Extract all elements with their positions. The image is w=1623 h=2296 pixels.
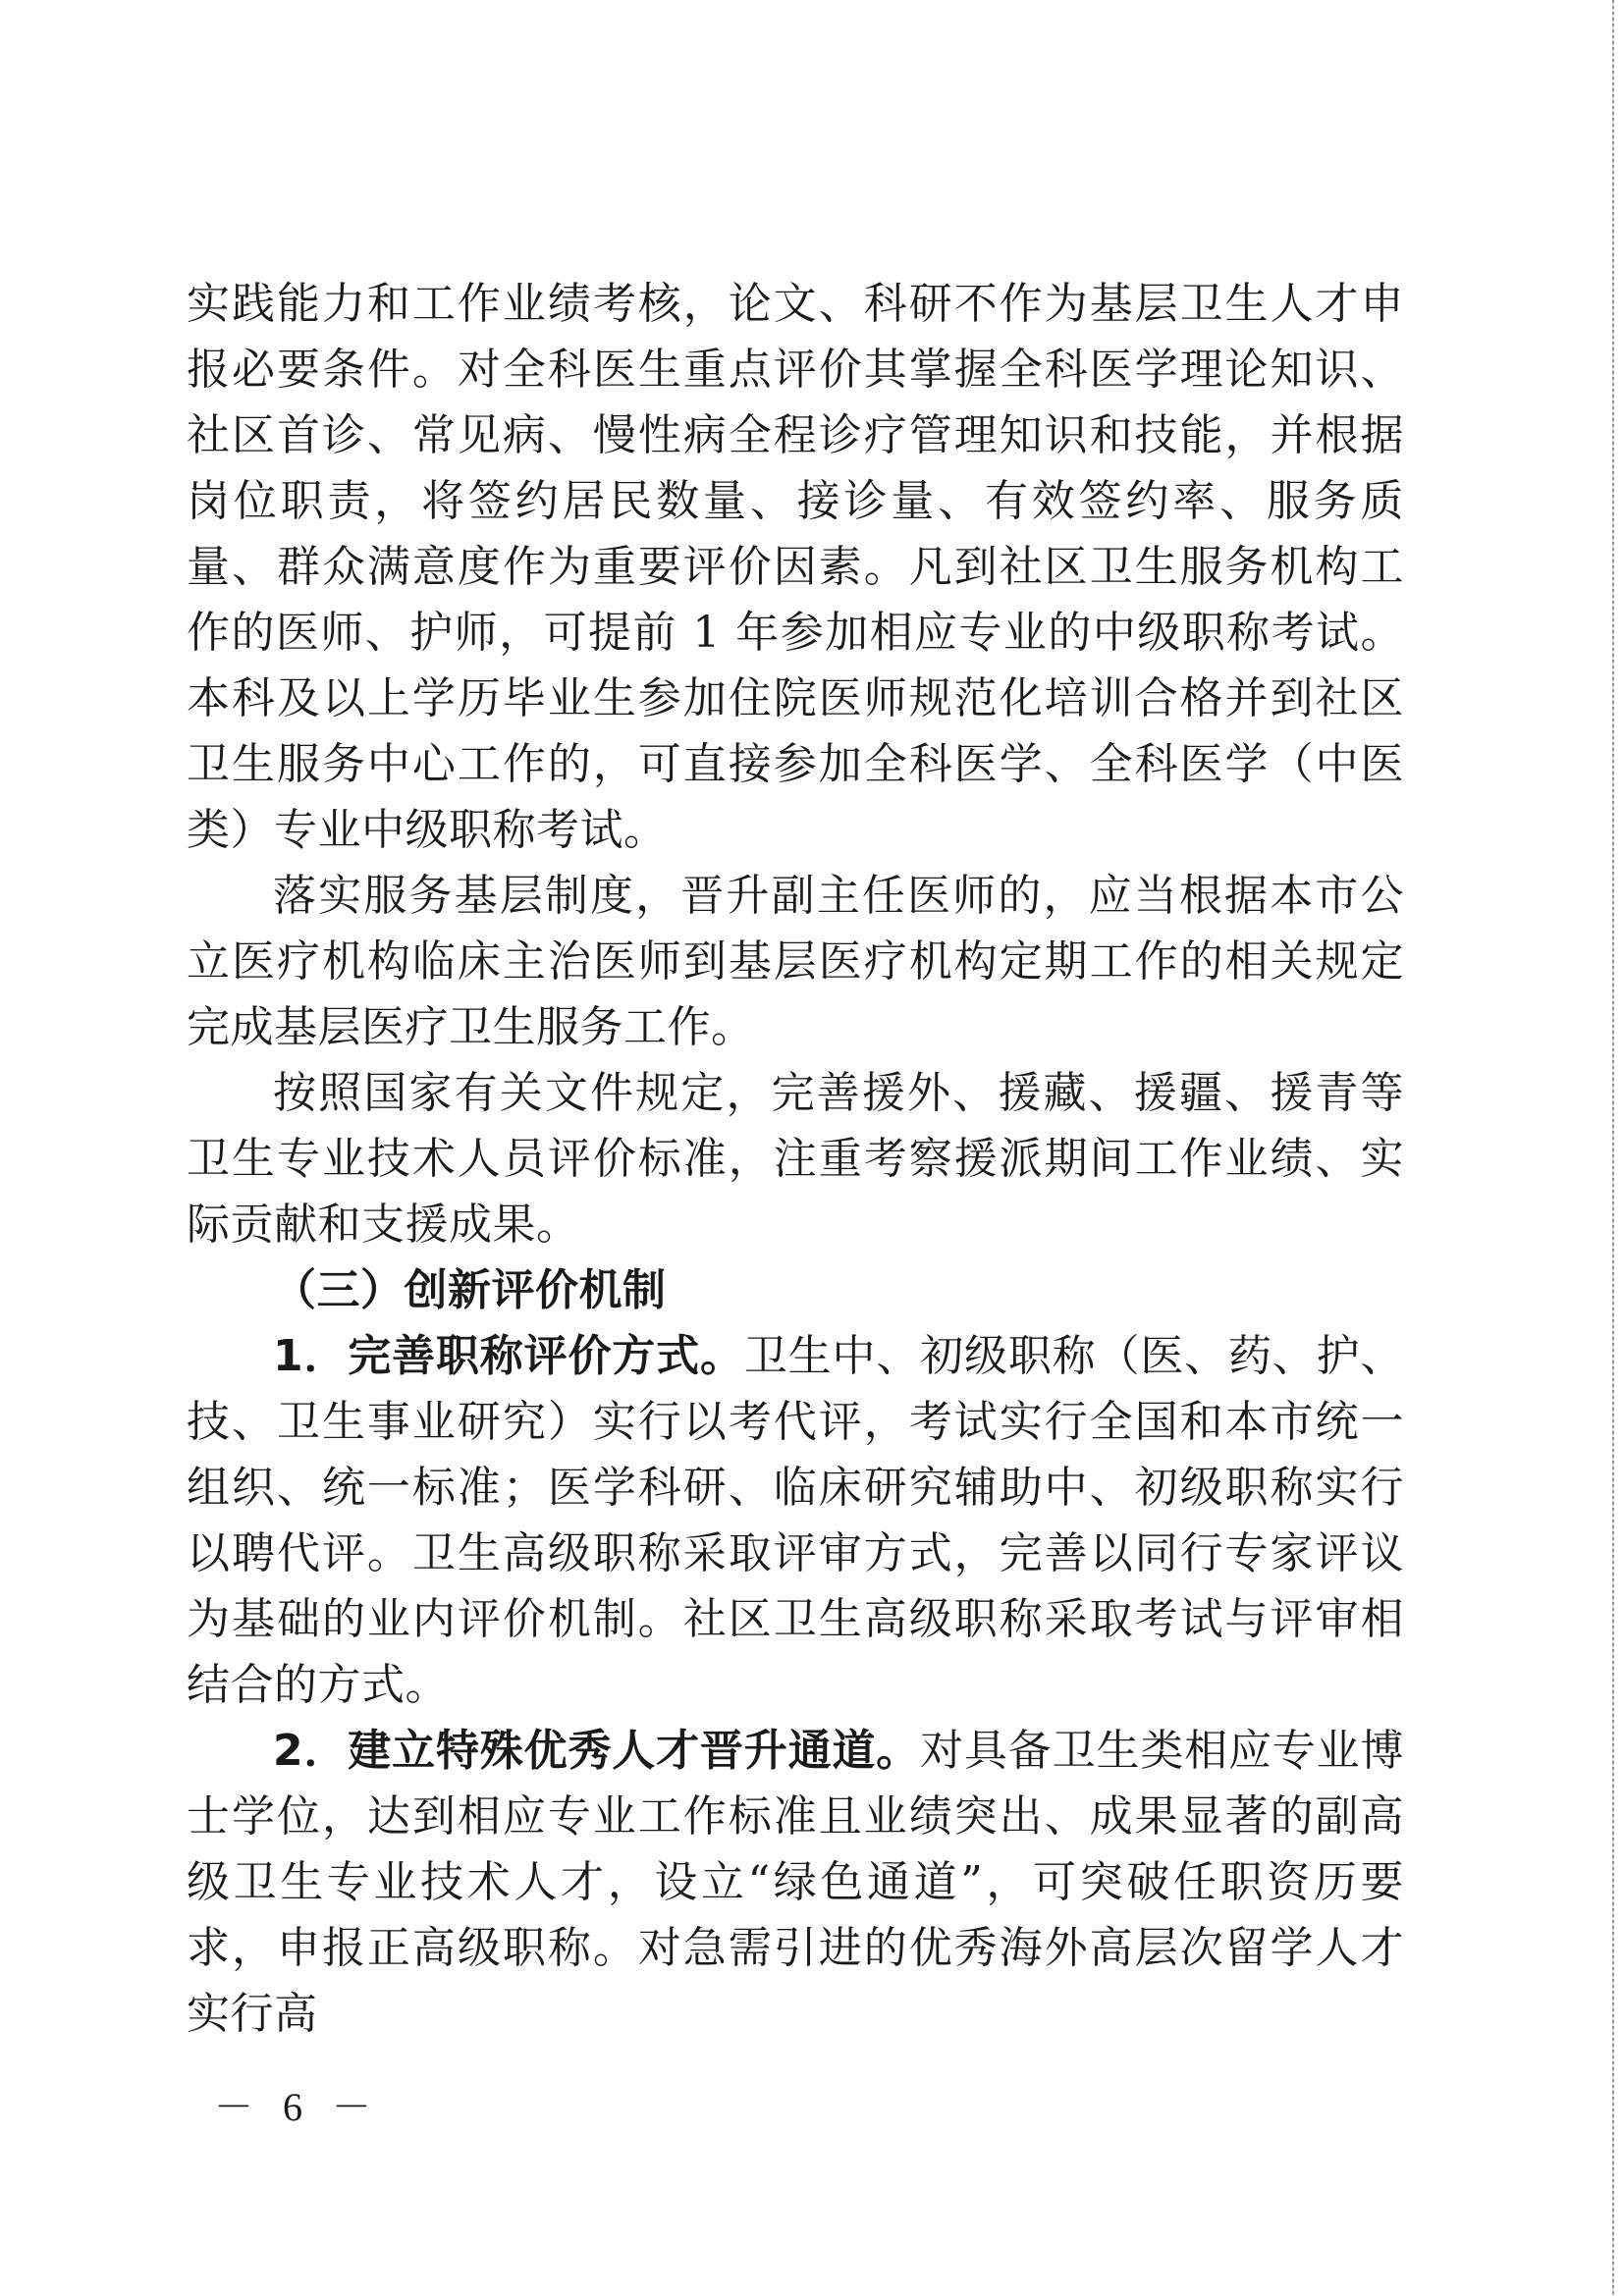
item-text: 卫生中、初级职称（医、药、护、技、卫生事业研究）实行以考代评，考试实行全国和本市… (187, 1331, 1404, 1710)
item-evaluation-method: 1．完善职称评价方式。卫生中、初级职称（医、药、护、技、卫生事业研究）实行以考代… (187, 1323, 1404, 1718)
paragraph-grassroots-service: 落实服务基层制度，晋升副主任医师的，应当根据本市公立医疗机构临床主治医师到基层医… (187, 863, 1404, 1060)
scan-edge-line (1612, 0, 1614, 2296)
paragraph-aid-evaluation: 按照国家有关文件规定，完善援外、援藏、援疆、援青等卫生专业技术人员评价标准，注重… (187, 1060, 1404, 1257)
paragraph-continuation: 实践能力和工作业绩考核，论文、科研不作为基层卫生人才申报必要条件。对全科医生重点… (187, 271, 1404, 863)
item-lead: 1．完善职称评价方式。 (273, 1331, 744, 1381)
page-number: － 6 － (214, 2083, 381, 2132)
document-body: 实践能力和工作业绩考核，论文、科研不作为基层卫生人才申报必要条件。对全科医生重点… (187, 271, 1404, 2047)
section-heading: （三）创新评价机制 (187, 1257, 1404, 1323)
item-lead: 2．建立特殊优秀人才晋升通道。 (273, 1726, 920, 1776)
item-special-talent-channel: 2．建立特殊优秀人才晋升通道。对具备卫生类相应专业博士学位，达到相应专业工作标准… (187, 1718, 1404, 2047)
